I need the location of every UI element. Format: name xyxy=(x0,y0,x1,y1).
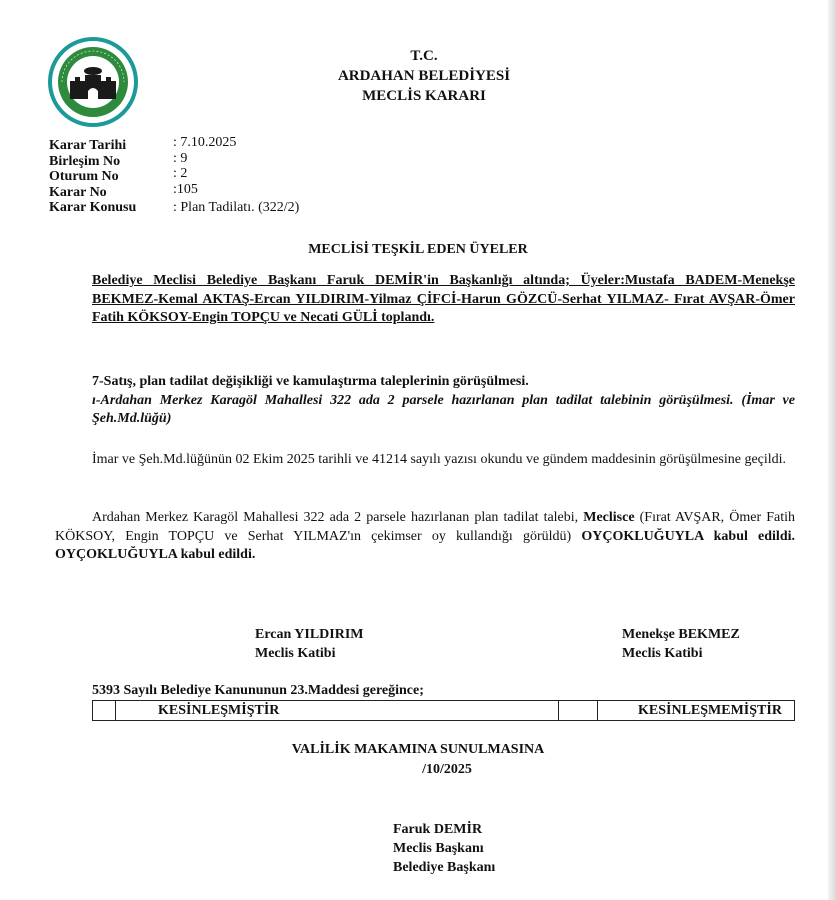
meta-label: Karar Konusu xyxy=(49,200,173,216)
agenda: 7-Satış, plan tadilat değişikliği ve kam… xyxy=(92,373,795,429)
decision-metadata: Karar Tarihi : 7.10.2025 Birleşim No : 9… xyxy=(49,138,299,216)
governorship-date: /10/2025 xyxy=(0,760,836,780)
meta-label: Karar Tarihi xyxy=(49,138,173,154)
signature-secretary-2: Menekşe BEKMEZ Meclis Katibi xyxy=(622,625,740,663)
council-decision-document: T.C. ARDAHAN BELEDİYESİ MECLİS KARARI Ka… xyxy=(0,0,836,900)
meta-value: :105 xyxy=(173,182,198,198)
signature-title: Meclis Katibi xyxy=(255,644,364,663)
agenda-title: 7-Satış, plan tadilat değişikliği ve kam… xyxy=(92,373,795,392)
meta-label: Birleşim No xyxy=(49,154,173,170)
members-paragraph: Belediye Meclisi Belediye Başkanı Faruk … xyxy=(92,272,795,328)
meta-label: Karar No xyxy=(49,185,173,201)
signature-title: Belediye Başkanı xyxy=(393,858,495,877)
signature-title: Meclis Katibi xyxy=(622,644,740,663)
header-tc: T.C. xyxy=(300,46,548,66)
finalization-status-table: KESİNLEŞMİŞTİR KESİNLEŞMEMİŞTİR xyxy=(92,700,795,721)
document-header: T.C. ARDAHAN BELEDİYESİ MECLİS KARARI xyxy=(300,46,548,106)
governorship-submission: VALİLİK MAKAMINA SUNULMASINA /10/2025 xyxy=(0,740,836,780)
decision-council: Meclisce xyxy=(583,510,634,525)
decision-text: Ardahan Merkez Karagöl Mahallesi 322 ada… xyxy=(92,510,583,525)
paragraph-reading: İmar ve Şeh.Md.lüğünün 02 Ekim 2025 tari… xyxy=(55,451,795,470)
signature-mayor: Faruk DEMİR Meclis Başkanı Belediye Başk… xyxy=(393,820,495,877)
agenda-item: ı-Ardahan Merkez Karagöl Mahallesi 322 a… xyxy=(92,392,795,429)
status-not-finalized: KESİNLEŞMEMİŞTİR xyxy=(598,701,795,721)
meta-row-subject: Karar Konusu : Plan Tadilatı. (322/2) xyxy=(49,200,299,216)
meta-value: : 9 xyxy=(173,151,187,167)
header-municipality: ARDAHAN BELEDİYESİ xyxy=(300,66,548,86)
signature-secretary-1: Ercan YILDIRIM Meclis Katibi xyxy=(255,625,364,663)
meta-value: : Plan Tadilatı. (322/2) xyxy=(173,200,299,216)
checkbox-cell-finalized xyxy=(93,701,116,721)
status-finalized: KESİNLEŞMİŞTİR xyxy=(116,701,559,721)
signature-name: Faruk DEMİR xyxy=(393,820,495,839)
law-reference: 5393 Sayılı Belediye Kanununun 23.Maddes… xyxy=(92,683,424,699)
signature-name: Ercan YILDIRIM xyxy=(255,625,364,644)
meta-value: : 7.10.2025 xyxy=(173,135,236,151)
signature-name: Menekşe BEKMEZ xyxy=(622,625,740,644)
signature-title: Meclis Başkanı xyxy=(393,839,495,858)
section-title: MECLİSİ TEŞKİL EDEN ÜYELER xyxy=(0,242,836,258)
meta-row-number: Karar No :105 xyxy=(49,185,299,201)
meta-label: Oturum No xyxy=(49,169,173,185)
meta-value: : 2 xyxy=(173,166,187,182)
page-edge xyxy=(828,0,836,900)
paragraph-decision: Ardahan Merkez Karagöl Mahallesi 322 ada… xyxy=(55,509,795,565)
header-decision-type: MECLİS KARARI xyxy=(300,86,548,106)
ardahan-municipality-logo-icon xyxy=(48,37,138,127)
governorship-text: VALİLİK MAKAMINA SUNULMASINA xyxy=(292,742,545,757)
checkbox-cell-not-finalized xyxy=(559,701,598,721)
